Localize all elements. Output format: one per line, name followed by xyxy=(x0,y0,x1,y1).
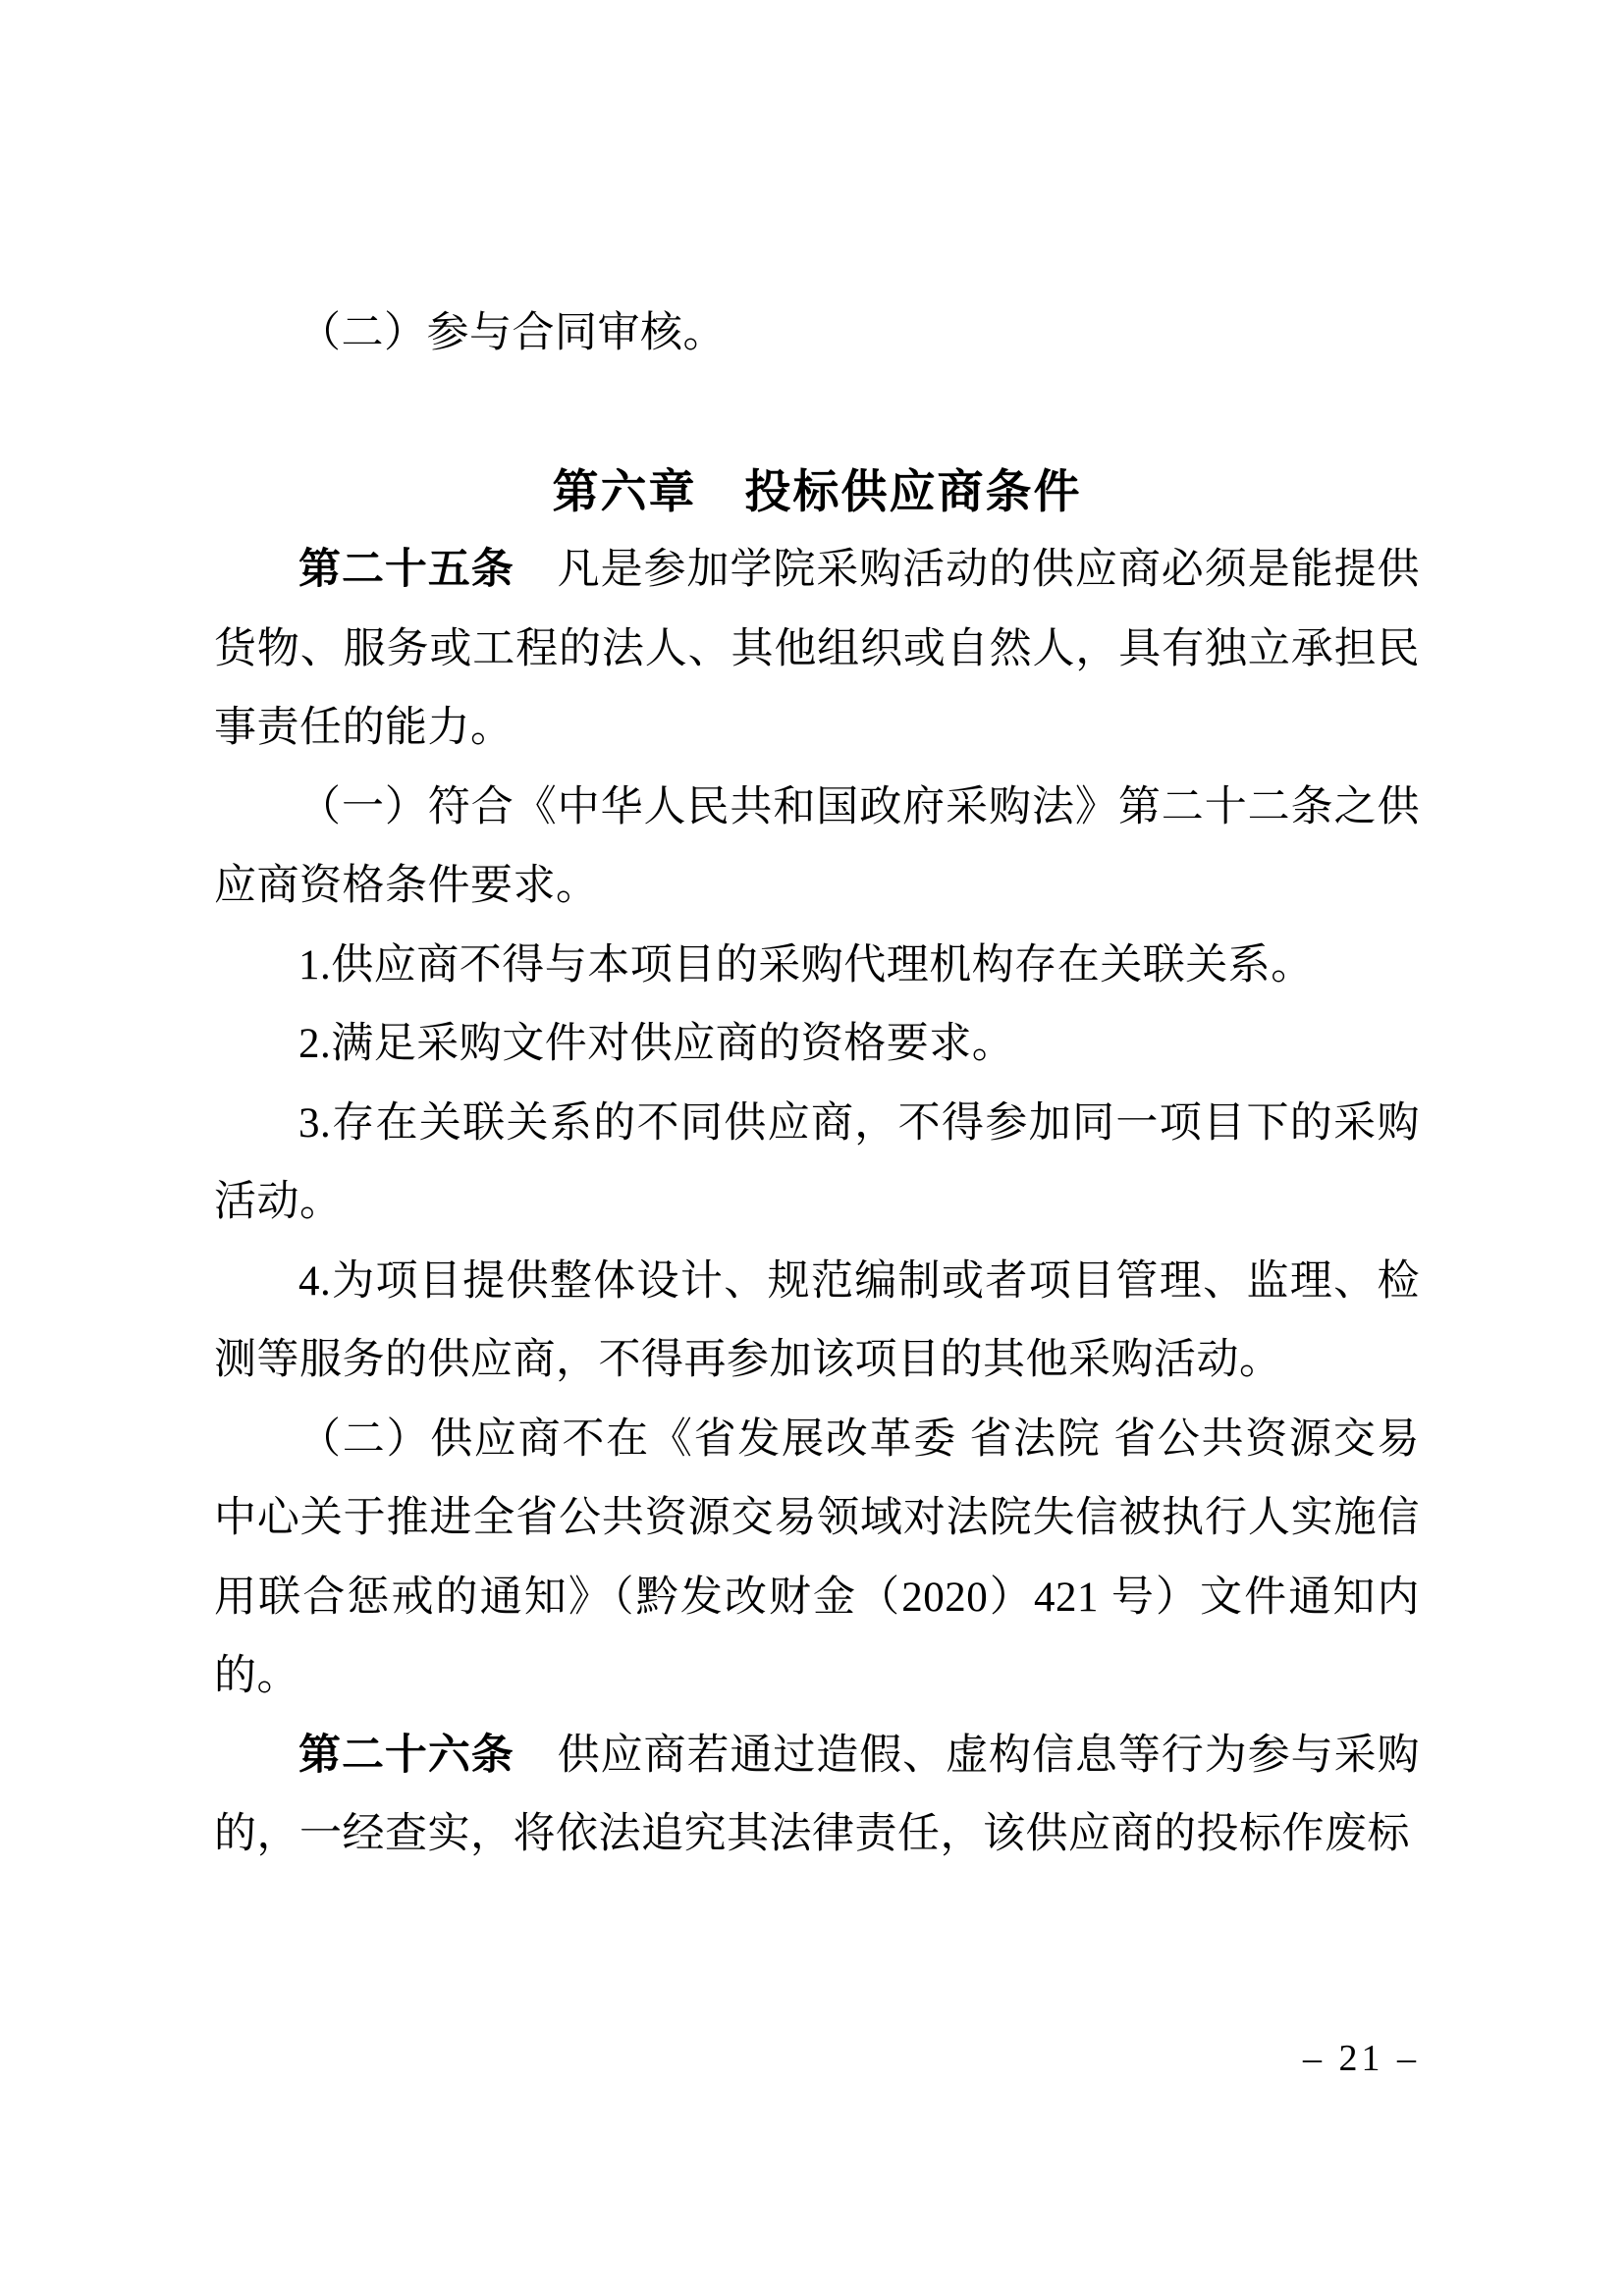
article-26-lead: 第二十六条 xyxy=(298,1733,514,1779)
paragraph-text: （二）供应商不在《省发展改革委 省法院 省公共资源交易中心关于推进全省公共资源交… xyxy=(214,1416,1420,1700)
paragraph-text: 4.为项目提供整体设计、规范编制或者项目管理、监理、检测等服务的供应商，不得再参… xyxy=(214,1258,1420,1384)
article-25-lead: 第二十五条 xyxy=(298,547,514,593)
item-3-paragraph: 3.存在关联关系的不同供应商，不得参加同一项目下的采购活动。 xyxy=(214,1085,1420,1243)
item-2-paragraph: 2.满足采购文件对供应商的资格要求。 xyxy=(214,1005,1420,1085)
item-4-paragraph: 4.为项目提供整体设计、规范编制或者项目管理、监理、检测等服务的供应商，不得再参… xyxy=(214,1243,1420,1401)
list-item-contract-review: （二）参与合同审核。 xyxy=(214,294,1420,374)
chapter-heading: 第六章 投标供应商条件 xyxy=(214,453,1420,532)
paragraph-text: 1.供应商不得与本项目的采购代理机构存在关联关系。 xyxy=(298,942,1314,988)
document-body: （二）参与合同审核。 第六章 投标供应商条件 第二十五条 凡是参加学院采购活动的… xyxy=(214,0,1420,1875)
article-26-paragraph: 第二十六条 供应商若通过造假、虚构信息等行为参与采购的，一经查实，将依法追究其法… xyxy=(214,1717,1420,1875)
page-number: – 21 – xyxy=(1303,2038,1420,2079)
paragraph-text: （二）参与合同审核。 xyxy=(298,310,726,356)
item-1-paragraph: 1.供应商不得与本项目的采购代理机构存在关联关系。 xyxy=(214,927,1420,1006)
document-page: （二）参与合同审核。 第六章 投标供应商条件 第二十五条 凡是参加学院采购活动的… xyxy=(0,0,1624,2296)
clause-2-paragraph: （二）供应商不在《省发展改革委 省法院 省公共资源交易中心关于推进全省公共资源交… xyxy=(214,1401,1420,1717)
paragraph-text: 2.满足采购文件对供应商的资格要求。 xyxy=(298,1021,1014,1067)
clause-1-paragraph: （一）符合《中华人民共和国政府采购法》第二十二条之供应商资格条件要求。 xyxy=(214,769,1420,927)
paragraph-text: （一）符合《中华人民共和国政府采购法》第二十二条之供应商资格条件要求。 xyxy=(214,784,1420,910)
article-25-paragraph: 第二十五条 凡是参加学院采购活动的供应商必须是能提供货物、服务或工程的法人、其他… xyxy=(214,531,1420,769)
paragraph-text: 3.存在关联关系的不同供应商，不得参加同一项目下的采购活动。 xyxy=(214,1100,1420,1226)
